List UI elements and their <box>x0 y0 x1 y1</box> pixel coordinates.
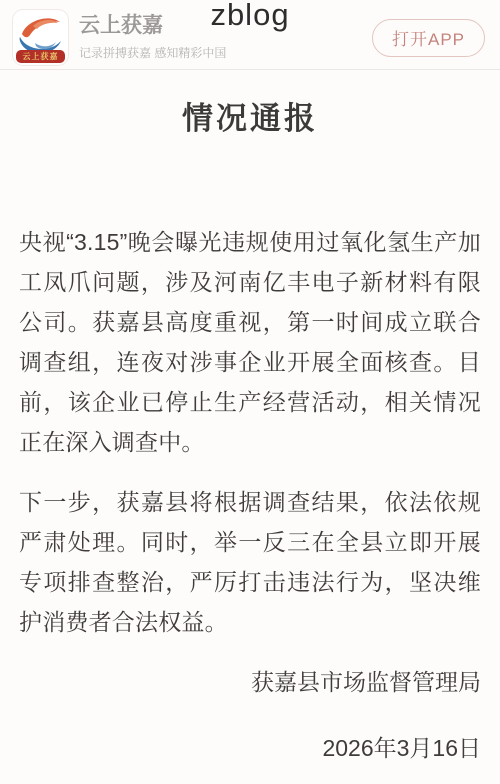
signature: 获嘉县市场监督管理局 <box>19 662 481 702</box>
app-tagline: 记录拼搏获嘉 感知精彩中国 <box>79 44 372 61</box>
watermark: zblog <box>210 0 289 33</box>
open-app-button[interactable]: 打开APP <box>372 19 485 57</box>
article-paragraph-1: 央视“3.15”晚会曝光违规使用过氧化氢生产加工凤爪问题，涉及河南亿丰电子新材料… <box>19 222 481 462</box>
article-body: 情况通报 央视“3.15”晚会曝光违规使用过氧化氢生产加工凤爪问题，涉及河南亿丰… <box>0 100 500 768</box>
logo-banner: 云上获嘉 <box>16 50 65 63</box>
article-title: 情况通报 <box>19 100 481 140</box>
app-logo[interactable]: 云上获嘉 <box>13 10 68 65</box>
article-paragraph-2: 下一步，获嘉县将根据调查结果，依法依规严肃处理。同时，举一反三在全县立即开展专项… <box>19 482 481 642</box>
date: 2026年3月16日 <box>19 728 481 768</box>
